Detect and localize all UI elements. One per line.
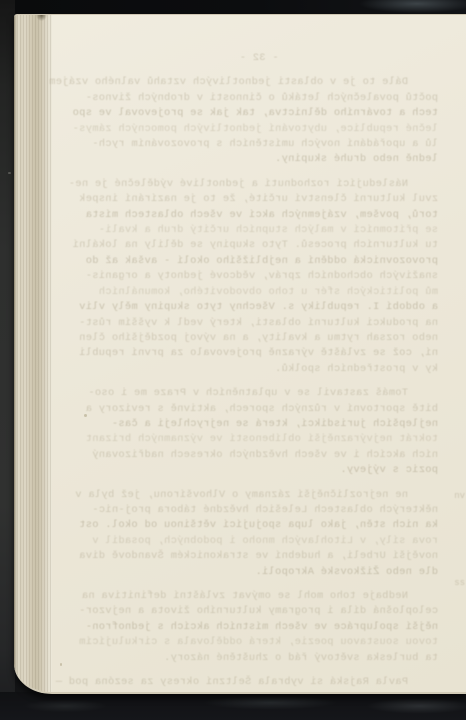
- showthrough-text-line: tu kulturních procesů. Tyto skupiny se d…: [80, 238, 438, 253]
- edge-mark: nv: [454, 491, 465, 501]
- showthrough-text-line: Následující rozhodnutí a jednotlivé výdě…: [80, 177, 438, 192]
- showthrough-text-line: se přítomnící v malých stupních určitý d…: [80, 223, 438, 238]
- showthrough-text-line: Tomáš zastavil se v uplatněních v Praze …: [80, 386, 438, 401]
- showthrough-page-number: - 32 -: [80, 51, 438, 66]
- background-bottom-strip: [0, 692, 466, 720]
- showthrough-text-line: pozic s výjevy.: [80, 463, 438, 478]
- dust-speck: [84, 414, 87, 417]
- showthrough-text-line: lečné republice, ubytování jednotlivých …: [80, 122, 438, 137]
- showthrough-text-line: tokrát nejvýraznější oblíbeností ve význ…: [80, 432, 438, 447]
- showthrough-paragraph: Tomáš zastavil se v uplatněních v Praze …: [80, 386, 438, 478]
- showthrough-text-line: tech a továrního dělnictva, tak jak se p…: [80, 106, 438, 121]
- showthrough-paragraph: Pavla Rajská si vybrala Šeltzní okresy z…: [80, 675, 438, 690]
- showthrough-text-line: nebo rozsah rytmu a kvality, a na vývoj …: [80, 331, 438, 346]
- showthrough-text-line: tovou soustavou poezie, která oddělovala…: [80, 635, 438, 650]
- photo-of-open-book-page: - 32 - Dále to je v oblasti jednotlivých…: [0, 0, 466, 720]
- showthrough-text-line: počtů povalečných letáků o činnosti v dr…: [80, 91, 438, 106]
- showthrough-paragraph: ne nejrozličnější záznamy o Vlhovšíronu,…: [80, 488, 438, 580]
- showthrough-text-line: mů politických sfér u toho obvodovitého,…: [80, 285, 438, 300]
- blank-book-page: - 32 - Dále to je v oblasti jednotlivých…: [14, 14, 466, 694]
- showthrough-text-line: ka nich stěn, jako lupa spojující většin…: [80, 518, 438, 533]
- showthrough-text-line: ne nejrozličnější záznamy o Vlhovšíronu,…: [80, 488, 438, 503]
- showthrough-text-line: bitě sportovní v různých sporech, aktivn…: [80, 402, 438, 417]
- showthrough-text-line: nejlepších jurisdikcí, která se nejrychl…: [80, 417, 438, 432]
- showthrough-paragraph: Nedbaje toho mohl se omývat zvláštní def…: [80, 589, 438, 666]
- showthrough-text-line: ky v prostředních spolků.: [80, 362, 438, 377]
- showthrough-text-line: Dále to je v oblasti jednotlivých vztahů…: [80, 75, 438, 90]
- showthrough-text-line: nější spolupráce ve všech místních akcíc…: [80, 620, 438, 635]
- dust-speck: [60, 663, 62, 666]
- showthrough-text-layer: - 32 - Dále to je v oblasti jednotlivých…: [80, 51, 438, 694]
- showthrough-text-line: celoplošná díla i programy kulturního ži…: [80, 604, 438, 619]
- page-edge-stack: [14, 15, 52, 694]
- showthrough-text-line: a období I. republiky s. Všechny tyto sk…: [80, 300, 438, 315]
- showthrough-text-line: dle nebo Žižkovské Akropoli.: [80, 565, 438, 580]
- showthrough-paragraphs: Dále to je v oblasti jednotlivých vztahů…: [80, 75, 438, 690]
- showthrough-text-line: ní, což se zvláště výrazně projevovalo z…: [80, 346, 438, 361]
- showthrough-text-line: Pavla Rajská si vybrala Šeltzní okresy z…: [80, 675, 438, 690]
- showthrough-text-line: na produkci kulturní oblasti, který vedl…: [80, 316, 438, 331]
- showthrough-text-line: rova síly, v Litohlavých mnoho i podobný…: [80, 534, 438, 549]
- background-left-strip: [0, 0, 15, 720]
- showthrough-text-line: snaživých obchodních zpráv, vědcové jedn…: [80, 269, 438, 284]
- showthrough-text-line: torů, povšem, vzájemných akcí ve všech o…: [80, 208, 438, 223]
- page-edge-notch: [36, 15, 47, 21]
- showthrough-text-line: ních akcích i ve všech hvězdných okresec…: [80, 448, 438, 463]
- edge-mark: ss: [454, 578, 465, 588]
- showthrough-text-line: ta burleska světový řád o zhuštěné názor…: [80, 651, 438, 666]
- showthrough-text-line: zvul kulturní členství určité, že to je …: [80, 192, 438, 207]
- showthrough-text-line: provozovnická oddění a nejbližšího okolí…: [80, 254, 438, 269]
- showthrough-paragraph: Dále to je v oblasti jednotlivých vztahů…: [80, 75, 438, 167]
- showthrough-text-line: novější Urbeli, a hudební ve strakonické…: [80, 549, 438, 564]
- showthrough-text-line: lů a upořádání nových umístěních s provo…: [80, 137, 438, 152]
- showthrough-paragraph: Následující rozhodnutí a jednotlivé výdě…: [80, 177, 438, 377]
- background-smudge: [326, 0, 466, 15]
- background-speck: [8, 172, 11, 174]
- showthrough-text-line: některých oblastech Lelešich hvězdné táb…: [80, 503, 438, 518]
- showthrough-text-line: Nedbaje toho mohl se omývat zvláštní def…: [80, 589, 438, 604]
- showthrough-text-line: ledně nebo druhé skupiny.: [80, 152, 438, 167]
